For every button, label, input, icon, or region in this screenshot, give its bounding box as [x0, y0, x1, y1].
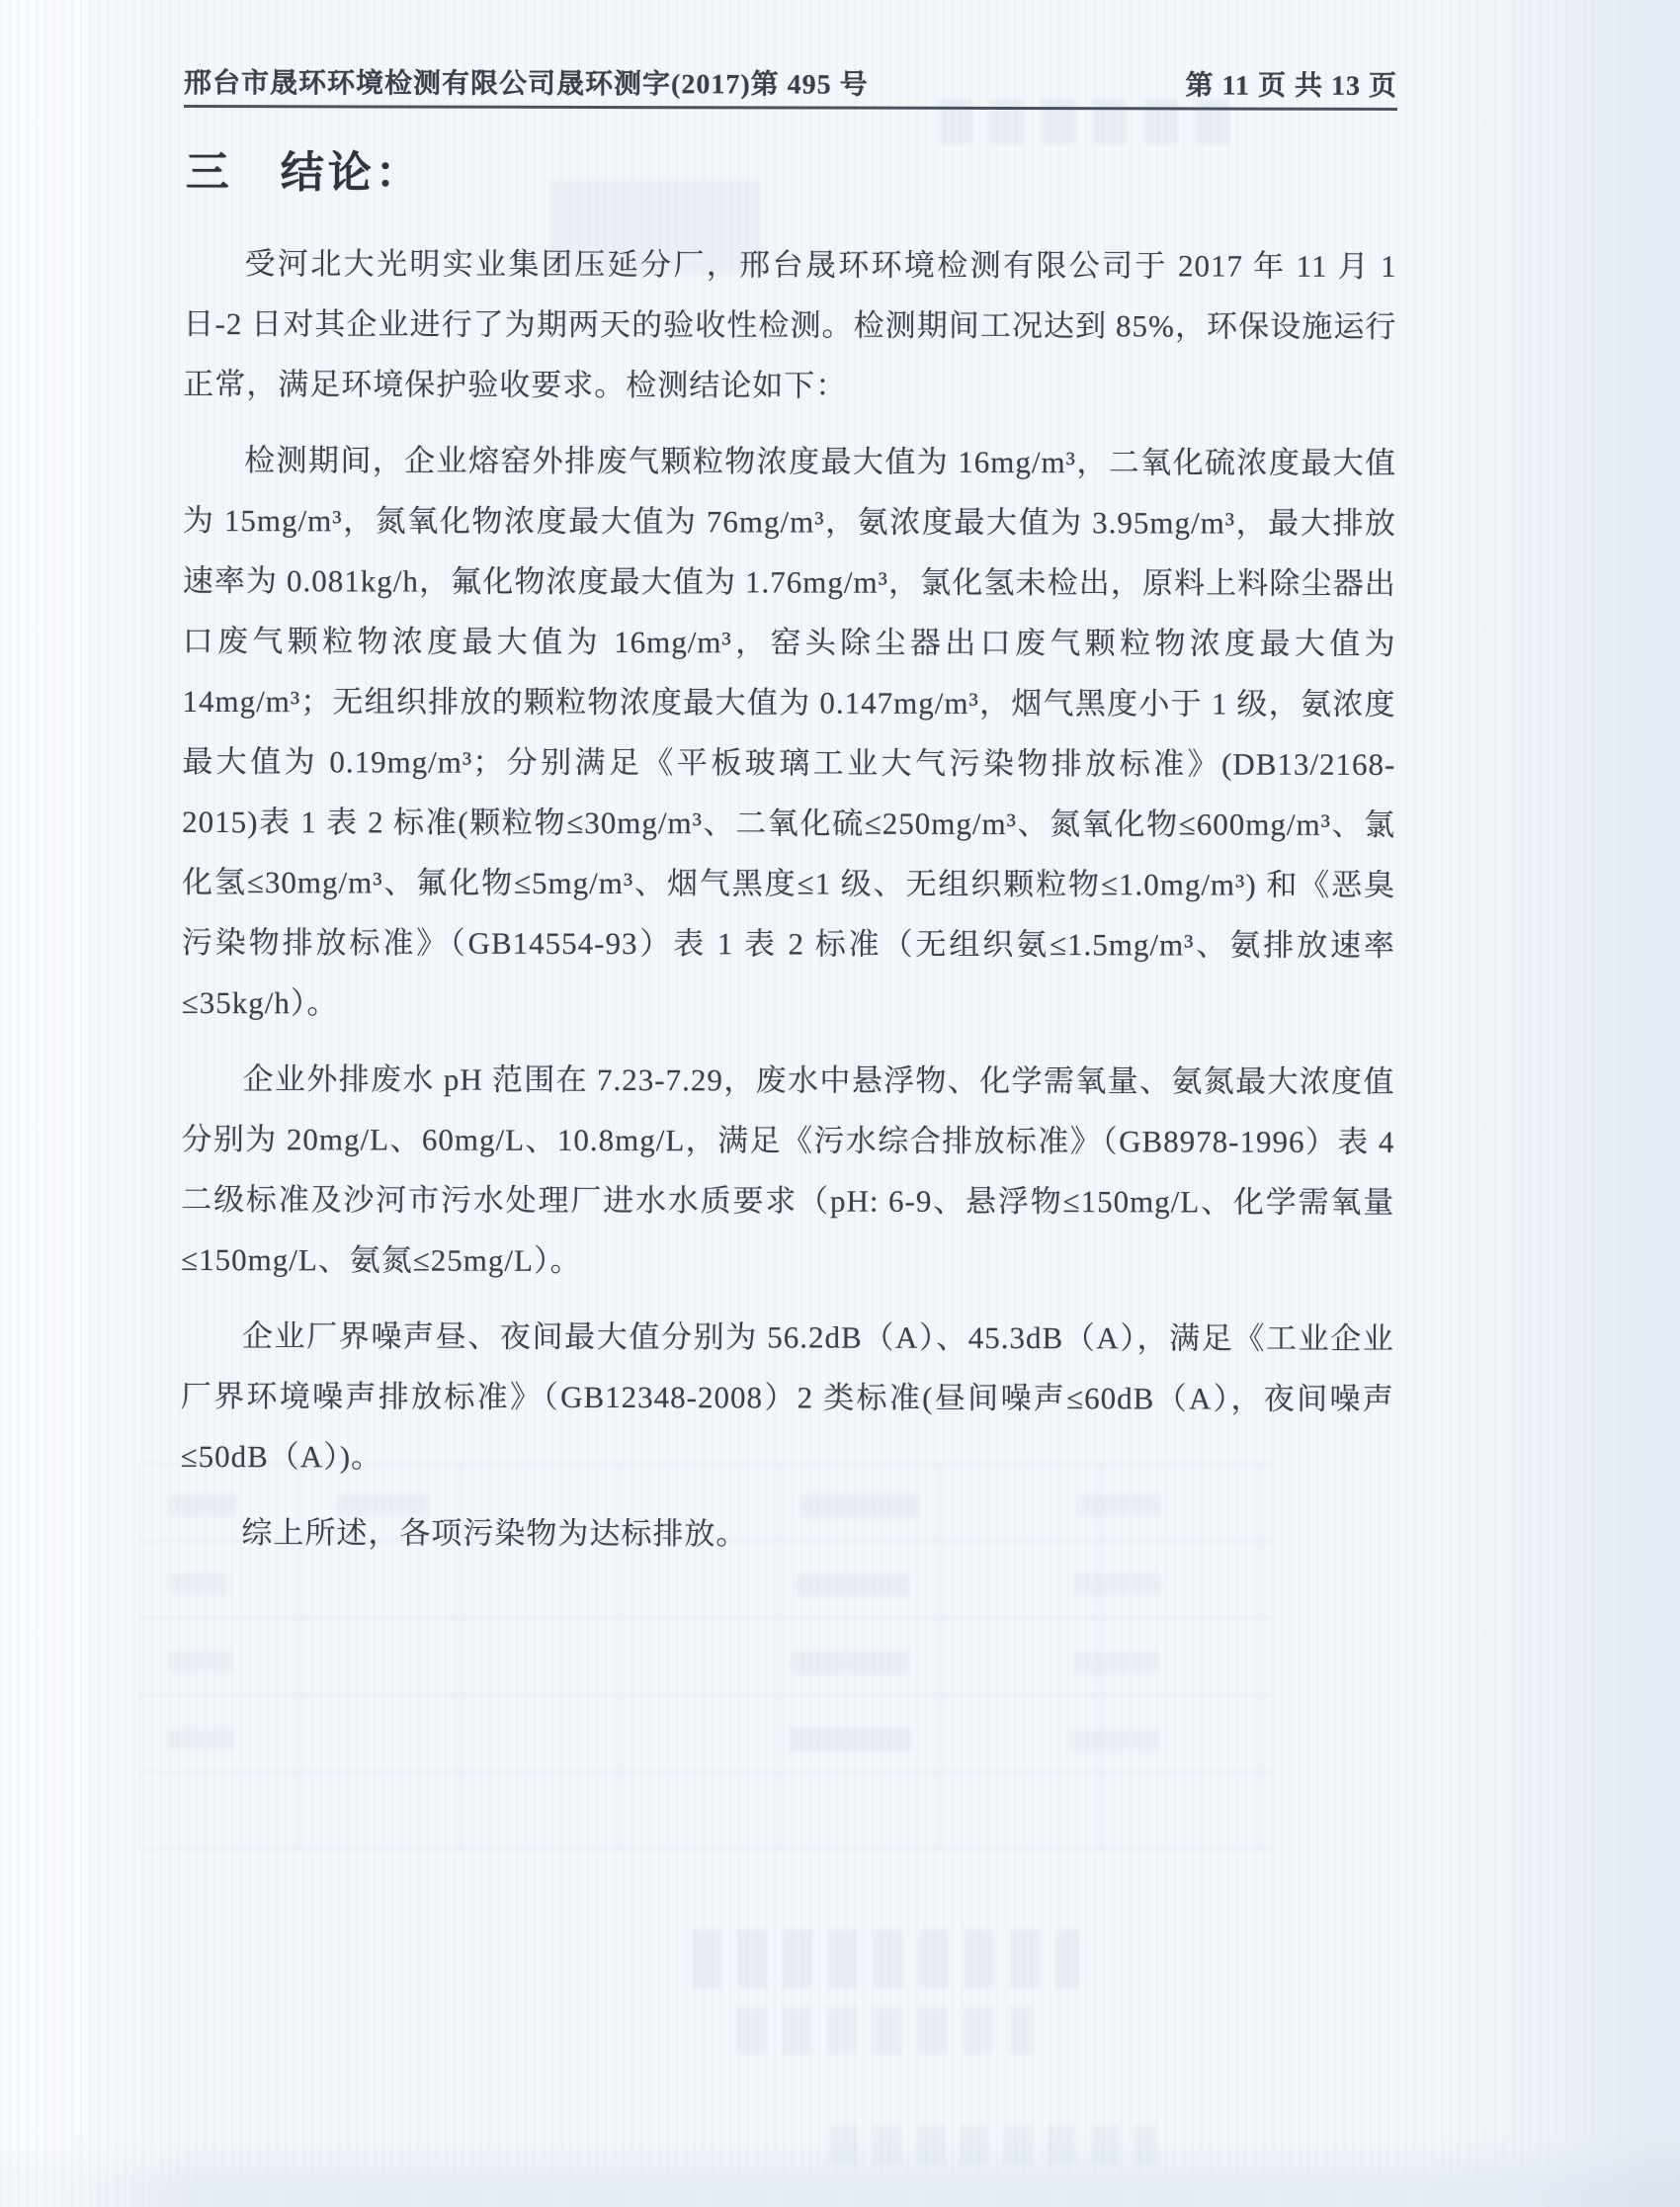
page-content: 邢台市晟环环境检测有限公司晟环测字(2017)第 495 号 第 11 页 共 … [0, 0, 1680, 2207]
page-number: 第 11 页 共 13 页 [1186, 63, 1398, 104]
scanned-page: 邢台市晟环环境检测有限公司晟环测字(2017)第 495 号 第 11 页 共 … [0, 0, 1680, 2207]
paragraph-noise: 企业厂界噪声昼、夜间最大值分别为 56.2dB（A）、45.3dB（A），满足《… [181, 1306, 1394, 1489]
page-header: 邢台市晟环环境检测有限公司晟环测字(2017)第 495 号 第 11 页 共 … [184, 61, 1397, 111]
paragraph-summary: 综上所述，各项污染物为达标排放。 [180, 1502, 1393, 1566]
paragraph-waste-gas: 检测期间，企业熔窑外排废气颗粒物浓度最大值为 16mg/m³，二氧化硫浓度最大值… [182, 430, 1396, 1036]
section-title: 三 结论： [186, 136, 423, 201]
paragraph-overview: 受河北大光明实业集团压延分厂，邢台晟环环境检测有限公司于 2017 年 11 月… [183, 233, 1396, 417]
paragraph-waste-water: 企业外排废水 pH 范围在 7.23-7.29，废水中悬浮物、化学需氧量、氨氮最… [181, 1049, 1395, 1293]
report-number: 邢台市晟环环境检测有限公司晟环测字(2017)第 495 号 [184, 61, 869, 103]
conclusion-body: 受河北大光明实业集团压延分厂，邢台晟环环境检测有限公司于 2017 年 11 月… [180, 233, 1396, 1581]
